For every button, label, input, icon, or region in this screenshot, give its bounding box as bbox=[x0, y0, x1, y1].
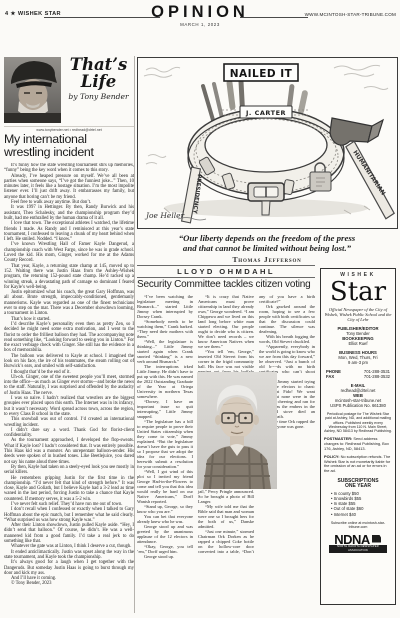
article-paragraph: “My wife told me that the Bible said tha… bbox=[198, 504, 254, 529]
article-paragraph: As the tournament approached, I develope… bbox=[4, 438, 134, 464]
article-paragraph: After their Linton showdown, Justin pull… bbox=[4, 523, 134, 544]
official-newspaper-text: Official Newspaper of the City of Wishek… bbox=[324, 307, 392, 322]
article-paragraph: “I’ve been watching the legislature meet… bbox=[137, 294, 193, 319]
column-title-line1: That’s bbox=[63, 56, 134, 73]
subscriptions-title-line2: ONE YEAR bbox=[324, 484, 392, 490]
column-title-line2: Life bbox=[63, 73, 134, 90]
bender-article-body: It’s funny how the state wrestling tourn… bbox=[4, 163, 134, 614]
article-paragraph: Justin epitomized what his coach, the gr… bbox=[4, 290, 134, 316]
role-value: Elliot Ruef bbox=[324, 341, 392, 346]
bender-headline-line1: My international bbox=[4, 133, 134, 146]
quote-line2: and that cannot be limited without being… bbox=[137, 243, 397, 253]
article-paragraph: You can bet that everyone already knew w… bbox=[137, 514, 193, 524]
article-paragraph: The interruptions irked Little Jimmy. He… bbox=[137, 364, 193, 399]
masthead-name: Star bbox=[324, 279, 392, 305]
article-paragraph: Already, I’ve heaped pressure on myself.… bbox=[4, 174, 134, 200]
subscription-rates: • In county $50• Snowbirds $55• In state… bbox=[324, 491, 392, 517]
ndna-logo: NDNA NORTH DAKOTA NEWSPAPER ASSOCIATION bbox=[324, 534, 392, 552]
article-paragraph: Whatever the gate was at Linton, I think… bbox=[4, 544, 134, 549]
omdahl-rule-bottom bbox=[137, 277, 315, 278]
cartoon-drawing: J. CARTER HUMANITARIAN PRESIDENCY NAILED… bbox=[138, 58, 395, 226]
ndna-association-text: NORTH DAKOTA NEWSPAPER ASSOCIATION bbox=[329, 545, 387, 552]
article-paragraph: I love that town. The exceptional athlet… bbox=[4, 221, 134, 242]
article-paragraph: I didn’t dare say a word. Thank God for … bbox=[4, 428, 134, 439]
masthead-info-box: WISHEK Star Official Newspaper of the Ci… bbox=[320, 268, 396, 605]
policy-notice: POLICY: No subscription refunds. The Wis… bbox=[324, 455, 392, 473]
omdahl-headline: Security Committee tackles citizen votin… bbox=[137, 279, 316, 290]
business-hours-time: 9 am-3 pm bbox=[324, 360, 392, 365]
cartoon-caption: NAILED IT bbox=[230, 68, 293, 80]
subscribe-online-text: Subscribe online at mcintosh-star-tribun… bbox=[324, 521, 392, 530]
column-byline: by Tony Bender bbox=[63, 92, 134, 101]
article-paragraph: “Dorsey, I have an important issue so qu… bbox=[137, 399, 193, 419]
fax-number: 701-288-3532 bbox=[364, 374, 390, 379]
article-paragraph: Uh-oh. Ginger, one of the sweetest peopl… bbox=[4, 375, 134, 396]
thats-life-title-block: That’s Life by Tony Bender bbox=[63, 56, 134, 101]
subscriptions-title: SUBSCRIPTIONS ONE YEAR bbox=[324, 479, 392, 490]
article-paragraph: This snowball was out of control. I’d cr… bbox=[4, 417, 134, 428]
article-paragraph: George stood up and was greeted by the u… bbox=[137, 524, 193, 544]
omdahl-byline: LLOYD OHMDAHL bbox=[137, 267, 315, 276]
staff-role: BOOKKEEPING Elliot Ruef bbox=[324, 336, 392, 346]
article-paragraph: He remembers gripping Justin for the fir… bbox=[4, 476, 134, 502]
article-paragraph: I’d describe Kayle’s personality even th… bbox=[4, 322, 134, 354]
article-paragraph: It ended anticlimactically. Justin was u… bbox=[4, 550, 134, 561]
quote-line1: “Our liberty depends on the freedom of t… bbox=[137, 233, 397, 243]
article-paragraph: “Well, the legislature is thinking...” L… bbox=[137, 339, 193, 364]
article-paragraph: “Okay, George, you tell ’em,” Dorff urge… bbox=[137, 544, 193, 554]
quote-attribution: Thomas Jefferson bbox=[137, 255, 397, 264]
website-url: WWW.MCINTOSH-STAR-TRIBUNE.COM bbox=[305, 12, 396, 17]
article-paragraph: The balloon was delivered to Kayle at sc… bbox=[4, 354, 134, 370]
article-paragraph: “It is crazy that Native Americans must … bbox=[198, 294, 254, 349]
article-paragraph: By then, Kayle had taken on a steely-eye… bbox=[4, 465, 134, 476]
column-divider bbox=[134, 56, 135, 613]
article-paragraph: That year, Kayle, a returning state cham… bbox=[4, 264, 134, 290]
article-paragraph: It’s always good for a laugh when I get … bbox=[4, 560, 134, 576]
fax-label: FAX bbox=[326, 374, 334, 379]
article-paragraph: With his breath fogging the words, Old S… bbox=[259, 334, 315, 344]
article-paragraph: I was so naive. I hadn’t realized that w… bbox=[4, 396, 134, 417]
article-paragraph: © Tony Bender, 2023 bbox=[4, 581, 134, 586]
staff-roles: PUBLISHER/EDITOR Tony Bender BOOKKEEPING… bbox=[324, 326, 392, 346]
header-rule-right bbox=[240, 17, 308, 18]
staff-role: PUBLISHER/EDITOR Tony Bender bbox=[324, 326, 392, 336]
cartoon-belt-label: J. CARTER bbox=[245, 109, 286, 117]
omdahl-rule-top bbox=[137, 265, 315, 266]
jefferson-quote: “Our liberty depends on the freedom of t… bbox=[137, 233, 397, 264]
editorial-cartoon: J. CARTER HUMANITARIAN PRESIDENCY NAILED… bbox=[137, 57, 398, 229]
ndna-wordmark: NDNA bbox=[334, 537, 370, 542]
cartoon-hammer-label: HUMANITARIAN bbox=[351, 149, 386, 196]
fax-row: FAX 701-288-3532 bbox=[324, 374, 392, 379]
article-paragraph: “Stand up, George, so they know who you … bbox=[137, 504, 193, 514]
article-paragraph: George stood up. bbox=[137, 554, 193, 559]
article-paragraph: It’s funny how the state wrestling tourn… bbox=[4, 163, 134, 174]
issue-date: MARCH 1, 2023 bbox=[0, 22, 400, 27]
usps-number: USPS Publication No. 661380 bbox=[324, 403, 392, 408]
postmaster-notice: POSTMASTER: Send address changes to: Red… bbox=[324, 437, 392, 451]
lloyd-omdahl-photo bbox=[197, 372, 277, 489]
north-dakota-state-icon bbox=[371, 534, 382, 544]
article-paragraph: I don’t recall when I confessed or exact… bbox=[4, 507, 134, 523]
bender-headline: My international wrestling incident bbox=[4, 133, 134, 160]
article-paragraph: Ork gawked around the room, hoping to se… bbox=[259, 304, 315, 334]
periodical-postage-text: Periodical postage for The Wishek Star p… bbox=[324, 412, 392, 433]
tony-bender-photo bbox=[4, 57, 61, 123]
article-paragraph: “Somebody needs to be watching them,” Cr… bbox=[137, 319, 193, 339]
article-paragraph: “Well, I got wind of this plot so I invi… bbox=[137, 469, 193, 504]
newspaper-page: 4 ★ WISHEK STAR OPINION MARCH 1, 2023 WW… bbox=[0, 0, 400, 618]
article-paragraph: It was 1997 in Hettinger. By then, Randy… bbox=[4, 205, 134, 221]
article-paragraph: “The legislature has a bill to require p… bbox=[137, 419, 193, 469]
subscription-rate-item: • Internet $40 bbox=[331, 512, 392, 517]
article-paragraph: I’ve known Wrestling Hall of Famer Kayle… bbox=[4, 242, 134, 263]
bender-headline-line2: wrestling incident bbox=[4, 146, 134, 159]
